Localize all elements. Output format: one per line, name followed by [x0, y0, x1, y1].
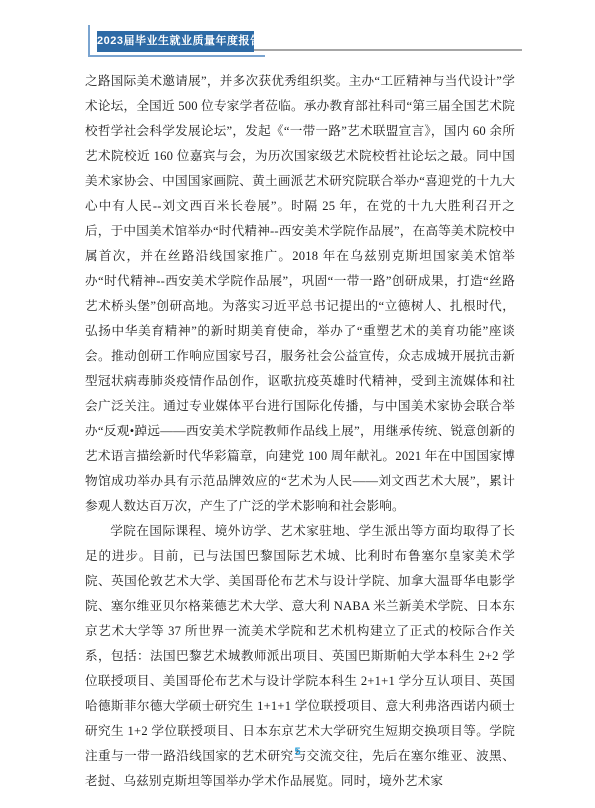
header-title: 2023届毕业生就业质量年度报告: [97, 35, 261, 47]
header-accent-horizontal-line: [88, 55, 265, 57]
document-page: 2023届毕业生就业质量年度报告 之路国际美术邀请展”，并多次获优秀组织奖。主办…: [0, 0, 595, 808]
header-accent-vertical-line: [88, 25, 90, 57]
header-rule: [254, 49, 522, 51]
paragraph-continuation: 之路国际美术邀请展”，并多次获优秀组织奖。主办“工匠精神与当代设计”学术论坛，全…: [85, 69, 515, 519]
document-body: 之路国际美术邀请展”，并多次获优秀组织奖。主办“工匠精神与当代设计”学术论坛，全…: [85, 69, 515, 794]
page-number: 5: [0, 746, 595, 758]
header-title-badge: 2023届毕业生就业质量年度报告: [97, 31, 254, 52]
